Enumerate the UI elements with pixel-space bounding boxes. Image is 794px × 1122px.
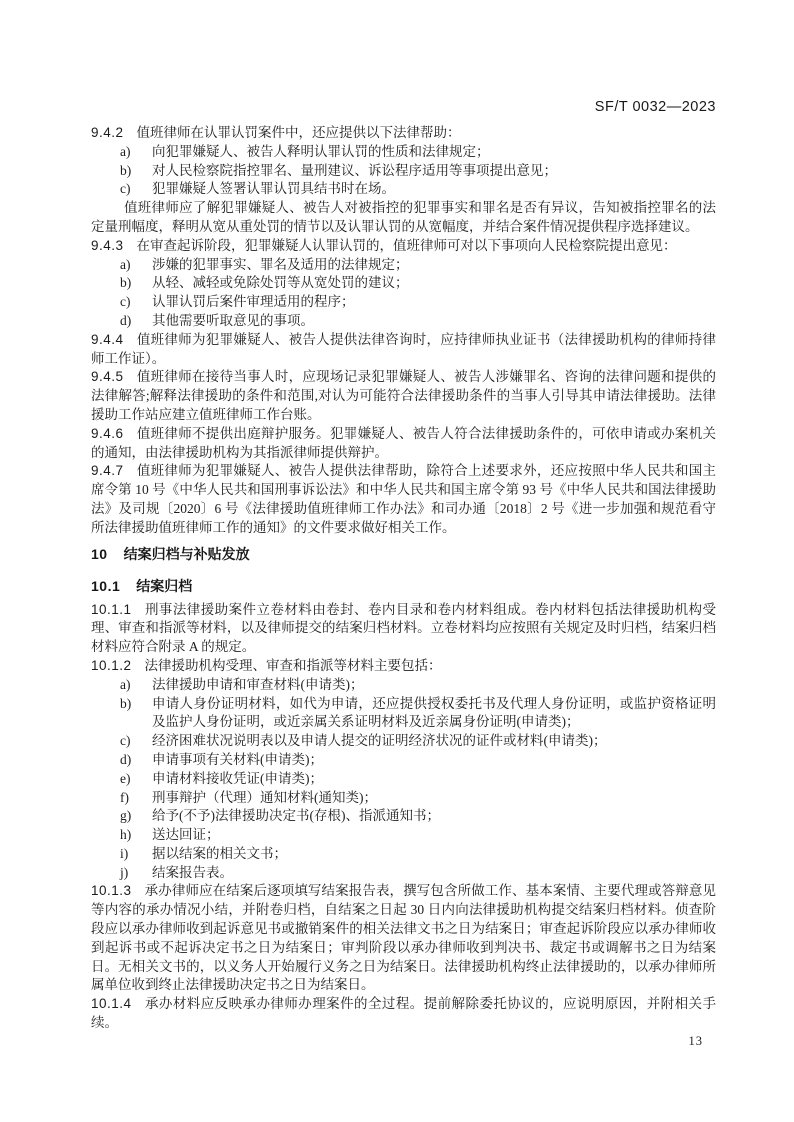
clause-text: 刑事法律援助案件立卷材料由卷封、卷内目录和卷内材料组成。卷内材料包括法律援助机构… bbox=[91, 602, 716, 655]
clause-text: 值班律师为犯罪嫌疑人、被告人提供法律咨询时，应持律师执业证书（法律援助机构的律师… bbox=[91, 332, 716, 366]
list-item: b)申请人身份证明材料，如代为申请，还应提供授权委托书及代理人身份证明，或监护资… bbox=[91, 695, 716, 733]
list-item-letter: h) bbox=[120, 826, 152, 845]
list-item: e)申请材料接收凭证(申请类)； bbox=[91, 770, 716, 789]
list-item-letter: d) bbox=[120, 312, 152, 331]
page-number: 13 bbox=[91, 1034, 703, 1049]
list-item-letter: c) bbox=[120, 180, 152, 199]
list-item-letter: a) bbox=[120, 143, 152, 162]
clause-text: 值班律师在认罪认罚案件中，还应提供以下法律帮助： bbox=[137, 125, 461, 140]
clause-number: 9.4.6 bbox=[91, 426, 124, 441]
clause-paragraph: 9.4.7值班律师为犯罪嫌疑人、被告人提供法律帮助，除符合上述要求外，还应按照中… bbox=[91, 462, 716, 537]
clause-number: 9.4.7 bbox=[91, 463, 124, 478]
list-item-text: 经济困难状况说明表以及申请人提交的证明经济状况的证件或材料(申请类)； bbox=[152, 732, 716, 751]
list-item-text: 其他需要听取意见的事项。 bbox=[152, 312, 716, 331]
document-page: SF/T 0032—2023 9.4.2值班律师在认罪认罚案件中，还应提供以下法… bbox=[0, 0, 794, 1122]
list-item-letter: e) bbox=[120, 770, 152, 789]
clause-paragraph: 10.1.2法律援助机构受理、审查和指派等材料主要包括： bbox=[91, 657, 716, 676]
list-item-letter: d) bbox=[120, 751, 152, 770]
list-item-text: 申请人身份证明材料，如代为申请，还应提供授权委托书及代理人身份证明，或监护资格证… bbox=[152, 695, 716, 733]
list-item: d)其他需要听取意见的事项。 bbox=[91, 312, 716, 331]
list-item-text: 结案报告表。 bbox=[152, 864, 716, 883]
list-item-text: 法律援助申请和审查材料(申请类)； bbox=[152, 676, 716, 695]
heading-title: 结案归档 bbox=[136, 578, 192, 594]
list-item-letter: a) bbox=[120, 256, 152, 275]
clause-text: 承办律师应在结案后逐项填写结案报告表，撰写包含所做工作、基本案情、主要代理或答辩… bbox=[91, 883, 716, 992]
list-item: g)给予(不予)法律援助决定书(存根)、指派通知书； bbox=[91, 807, 716, 826]
section-heading: 10结案归档与补贴发放 bbox=[91, 545, 716, 564]
list-item-letter: c) bbox=[120, 732, 152, 751]
clause-text: 值班律师在接待当事人时，应现场记录犯罪嫌疑人、被告人涉嫌罪名、咨询的法律问题和提… bbox=[91, 369, 716, 422]
heading-title: 结案归档与补贴发放 bbox=[124, 546, 250, 562]
clause-number: 10.1.3 bbox=[91, 883, 132, 898]
clause-number: 9.4.5 bbox=[91, 369, 124, 384]
list-item-text: 犯罪嫌疑人签署认罪认罚具结书时在场。 bbox=[152, 180, 716, 199]
list-item: d)申请事项有关材料(申请类)； bbox=[91, 751, 716, 770]
clause-text: 值班律师不提供出庭辩护服务。犯罪嫌疑人、被告人符合法律援助条件的，可依申请或办案… bbox=[91, 426, 716, 460]
list-item: c)犯罪嫌疑人签署认罪认罚具结书时在场。 bbox=[91, 180, 716, 199]
list-item-text: 认罪认罚后案件审理适用的程序； bbox=[152, 293, 716, 312]
list-item-text: 对人民检察院指控罪名、量刑建议、诉讼程序适用等事项提出意见； bbox=[152, 162, 716, 181]
list-item: h)送达回证； bbox=[91, 826, 716, 845]
list-item-letter: b) bbox=[120, 695, 152, 733]
clause-paragraph: 9.4.2值班律师在认罪认罚案件中，还应提供以下法律帮助： bbox=[91, 124, 716, 143]
clause-text: 在审查起诉阶段，犯罪嫌疑人认罪认罚的，值班律师可对以下事项向人民检察院提出意见： bbox=[137, 238, 677, 253]
list-item-letter: i) bbox=[120, 845, 152, 864]
clause-number: 10.1.2 bbox=[91, 658, 132, 673]
clause-text: 值班律师为犯罪嫌疑人、被告人提供法律帮助，除符合上述要求外，还应按照中华人民共和… bbox=[91, 463, 716, 534]
list-item-text: 刑事辩护（代理）通知材料(通知类)； bbox=[152, 789, 716, 808]
clause-paragraph: 10.1.1刑事法律援助案件立卷材料由卷封、卷内目录和卷内材料组成。卷内材料包括… bbox=[91, 601, 716, 657]
clause-paragraph: 10.1.3承办律师应在结案后逐项填写结案报告表，撰写包含所做工作、基本案情、主… bbox=[91, 882, 716, 995]
heading-number: 10.1 bbox=[91, 578, 120, 594]
list-item-letter: j) bbox=[120, 864, 152, 883]
document-body: 9.4.2值班律师在认罪认罚案件中，还应提供以下法律帮助：a)向犯罪嫌疑人、被告… bbox=[91, 124, 716, 1033]
list-item: a)向犯罪嫌疑人、被告人释明认罪认罚的性质和法律规定； bbox=[91, 143, 716, 162]
clause-number: 9.4.2 bbox=[91, 125, 124, 140]
list-item-text: 涉嫌的犯罪事实、罪名及适用的法律规定； bbox=[152, 256, 716, 275]
list-item: b)对人民检察院指控罪名、量刑建议、诉讼程序适用等事项提出意见； bbox=[91, 162, 716, 181]
list-item-letter: a) bbox=[120, 676, 152, 695]
heading-number: 10 bbox=[91, 546, 108, 562]
list-item-letter: b) bbox=[120, 162, 152, 181]
clause-number: 9.4.3 bbox=[91, 238, 124, 253]
list-item-letter: c) bbox=[120, 293, 152, 312]
list-item-text: 从轻、减轻或免除处罚等从宽处罚的建议； bbox=[152, 274, 716, 293]
list-item-text: 申请事项有关材料(申请类)； bbox=[152, 751, 716, 770]
clause-number: 10.1.4 bbox=[91, 996, 132, 1011]
list-item: b)从轻、减轻或免除处罚等从宽处罚的建议； bbox=[91, 274, 716, 293]
list-item-text: 据以结案的相关文书； bbox=[152, 845, 716, 864]
clause-number: 10.1.1 bbox=[91, 602, 132, 617]
clause-paragraph: 9.4.4值班律师为犯罪嫌疑人、被告人提供法律咨询时，应持律师执业证书（法律援助… bbox=[91, 331, 716, 369]
clause-number: 9.4.4 bbox=[91, 332, 124, 347]
clause-text: 法律援助机构受理、审查和指派等材料主要包括： bbox=[145, 658, 442, 673]
standard-code-header: SF/T 0032—2023 bbox=[91, 99, 716, 115]
list-item-letter: f) bbox=[120, 789, 152, 808]
list-item-text: 申请材料接收凭证(申请类)； bbox=[152, 770, 716, 789]
list-item-text: 向犯罪嫌疑人、被告人释明认罪认罚的性质和法律规定； bbox=[152, 143, 716, 162]
list-item-text: 送达回证； bbox=[152, 826, 716, 845]
list-item: a)涉嫌的犯罪事实、罪名及适用的法律规定； bbox=[91, 256, 716, 275]
list-item: i)据以结案的相关文书； bbox=[91, 845, 716, 864]
clause-paragraph: 9.4.6值班律师不提供出庭辩护服务。犯罪嫌疑人、被告人符合法律援助条件的，可依… bbox=[91, 425, 716, 463]
clause-paragraph: 10.1.4承办材料应反映承办律师办理案件的全过程。提前解除委托协议的，应说明原… bbox=[91, 995, 716, 1033]
list-item: j)结案报告表。 bbox=[91, 864, 716, 883]
clause-paragraph: 9.4.5值班律师在接待当事人时，应现场记录犯罪嫌疑人、被告人涉嫌罪名、咨询的法… bbox=[91, 368, 716, 424]
list-item: f)刑事辩护（代理）通知材料(通知类)； bbox=[91, 789, 716, 808]
list-item: c)认罪认罚后案件审理适用的程序； bbox=[91, 293, 716, 312]
list-item-letter: g) bbox=[120, 807, 152, 826]
list-item-text: 给予(不予)法律援助决定书(存根)、指派通知书； bbox=[152, 807, 716, 826]
subsection-heading: 10.1结案归档 bbox=[91, 577, 716, 596]
list-item: a)法律援助申请和审查材料(申请类)； bbox=[91, 676, 716, 695]
list-item: c)经济困难状况说明表以及申请人提交的证明经济状况的证件或材料(申请类)； bbox=[91, 732, 716, 751]
clause-text: 承办材料应反映承办律师办理案件的全过程。提前解除委托协议的，应说明原因，并附相关… bbox=[91, 996, 716, 1030]
list-item-letter: b) bbox=[120, 274, 152, 293]
clause-paragraph: 9.4.3在审查起诉阶段，犯罪嫌疑人认罪认罚的，值班律师可对以下事项向人民检察院… bbox=[91, 237, 716, 256]
paragraph: 值班律师应了解犯罪嫌疑人、被告人对被指控的犯罪事实和罪名是否有异议，告知被指控罪… bbox=[91, 199, 716, 237]
